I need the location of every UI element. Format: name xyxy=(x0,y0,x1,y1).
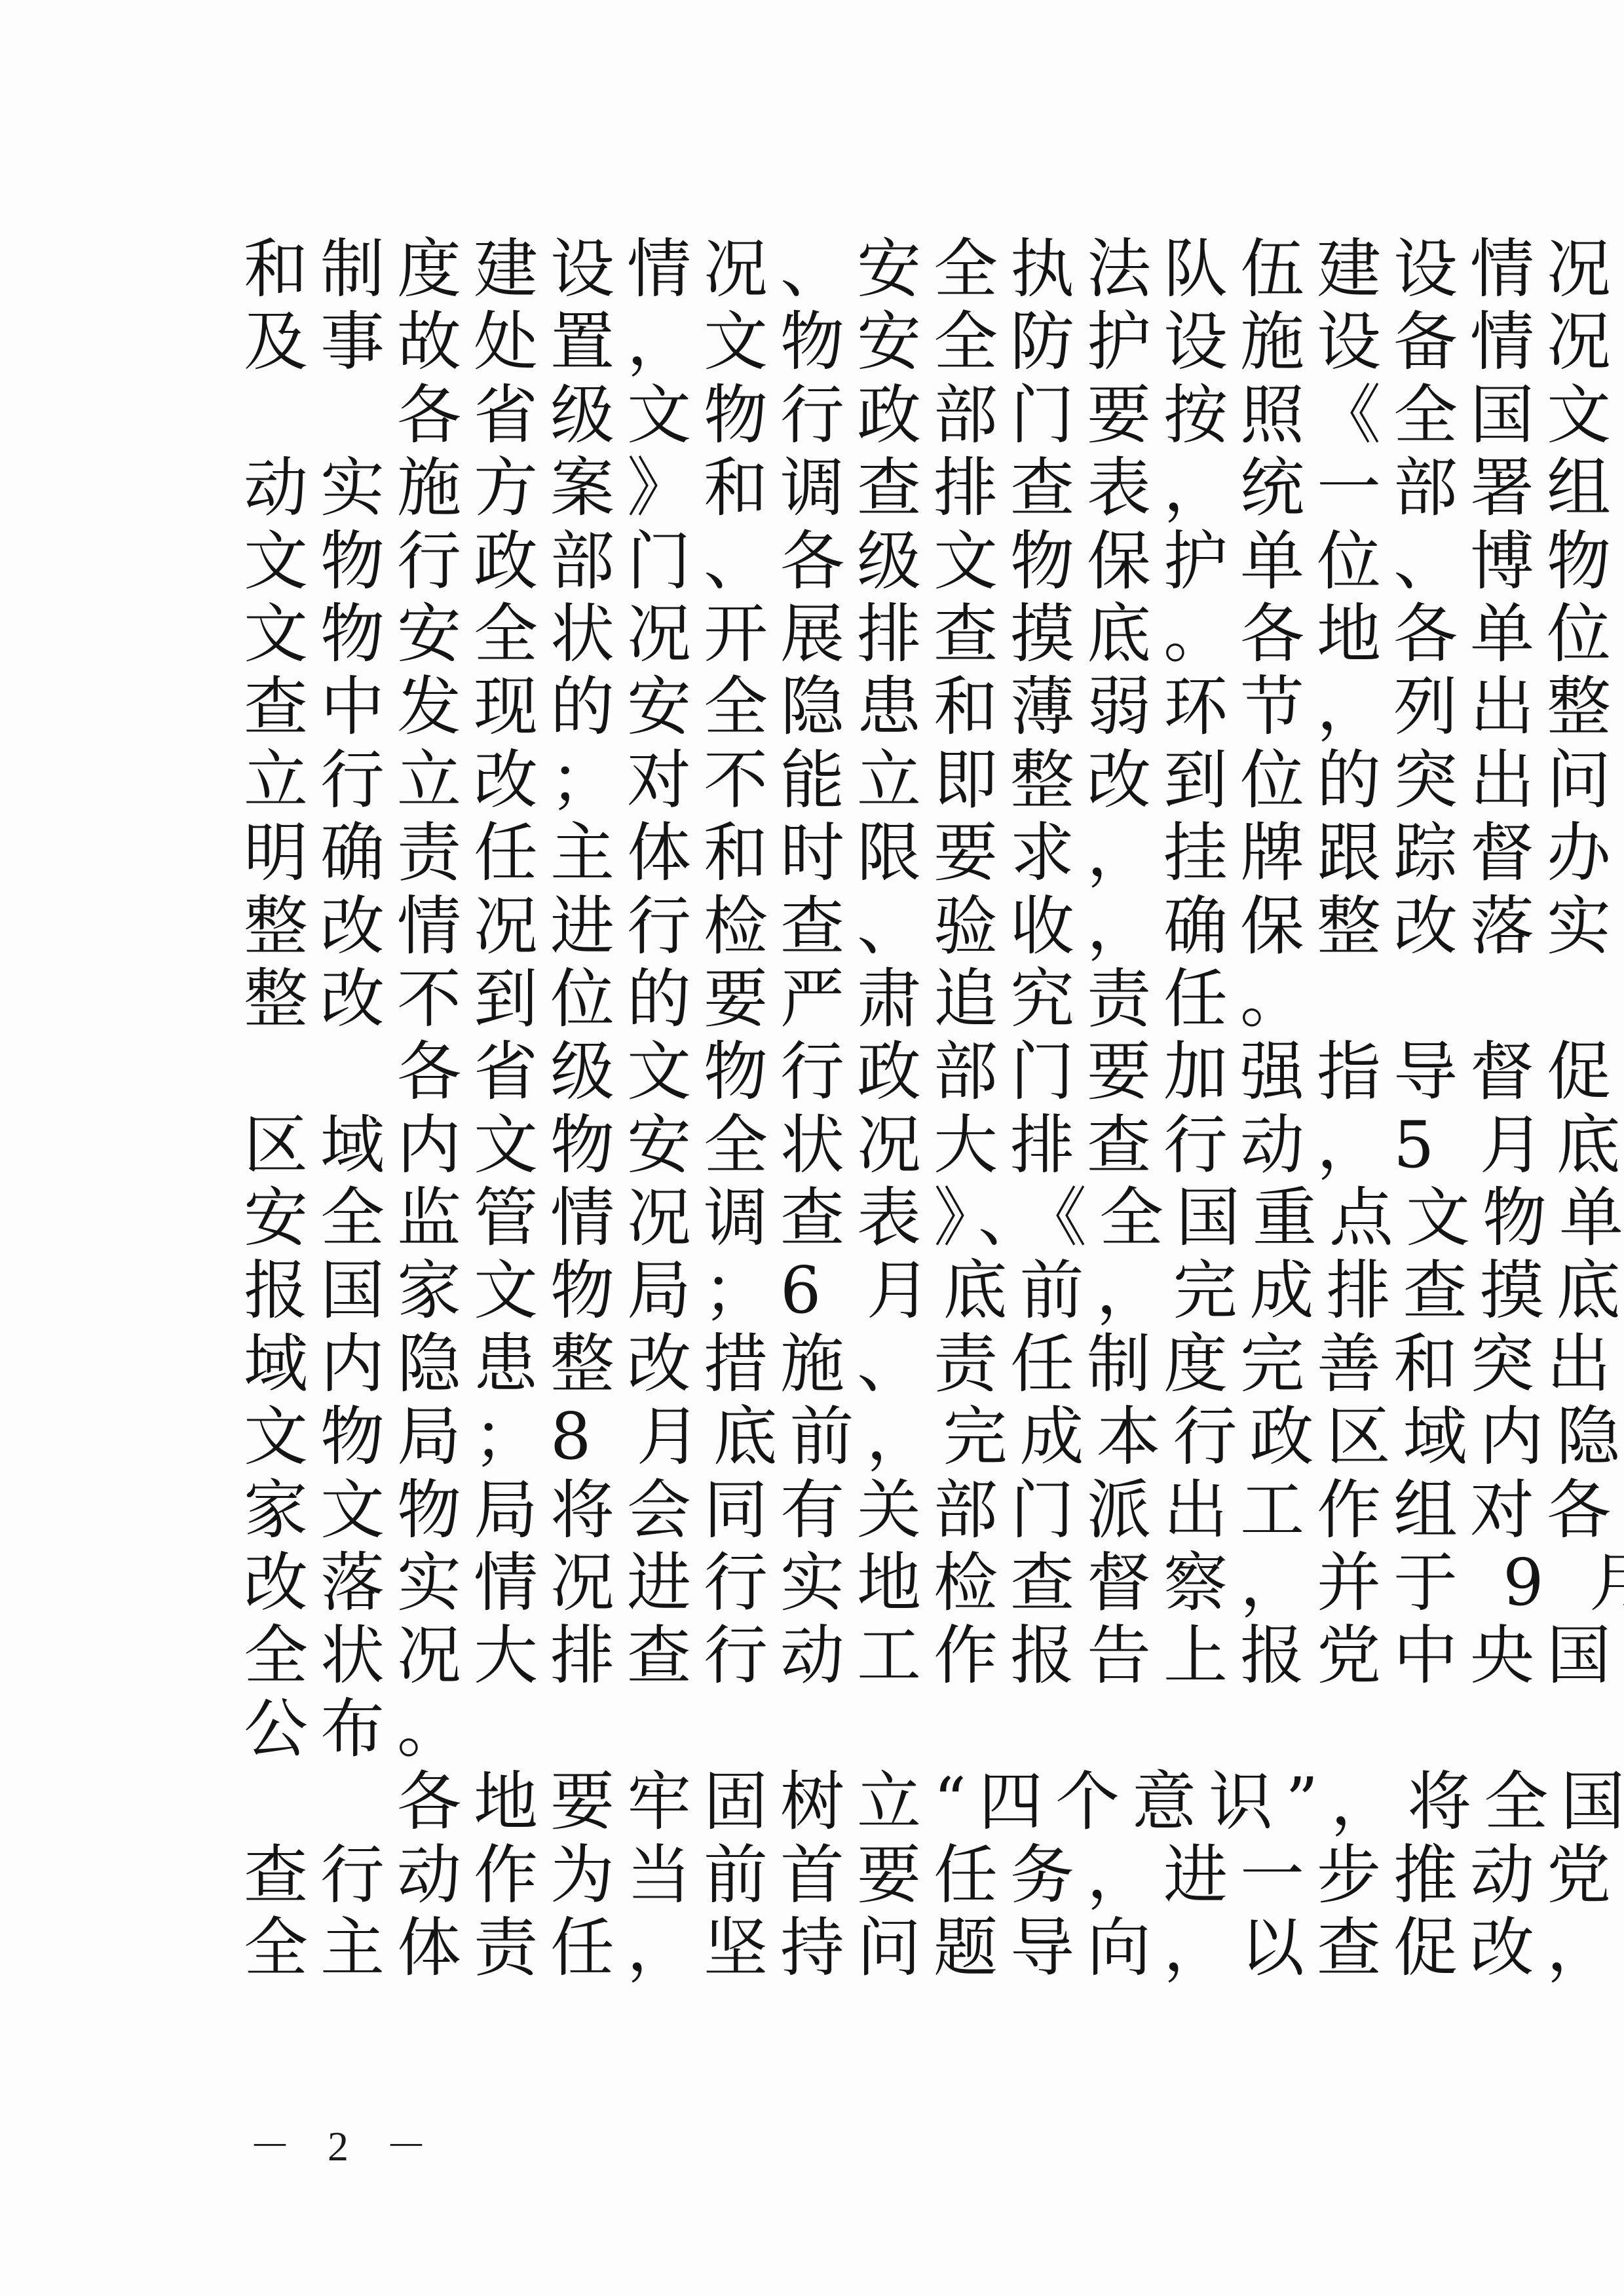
page-number: － 2 － xyxy=(249,2123,440,2170)
text-line: 安全监管情况调查表》、《全国重点文物单位安全状况排查表》 xyxy=(244,1182,1416,1255)
text-line: 整改不到位的要严肃追究责任。 xyxy=(244,963,1416,1036)
body-text: 和制度建设情况、安全执法队伍建设情况；文物安全应急预案 及事故处置，文物安全防护… xyxy=(244,233,1416,1985)
text-line: 查中发现的安全隐患和薄弱环节，列出整改措施和责任清单， xyxy=(244,671,1416,744)
paragraph-4: 各地要牢固树立“四个意识”，将全国文物安全状况大排 查行动作为当前首要任务，进一… xyxy=(244,1766,1416,1985)
paragraph-3: 各省级文物行政部门要加强指导督促和检查验收本行政 区域内文物安全状况大排查行动，… xyxy=(244,1036,1416,1766)
text-line: 域内隐患整改措施、责任制度完善和突出问题整改方案报国家 xyxy=(244,1328,1416,1401)
text-line: 全状况大排查行动工作报告上报党中央国务院，并适时向社会 xyxy=(244,1620,1416,1693)
text-line: 动实施方案》和调查排查表，统一部署组织本行政区域内各级 xyxy=(244,452,1416,525)
text-line: 改落实情况进行实地检查督察，并于 9 月底前形成全国文物安 xyxy=(244,1547,1416,1620)
text-line: 区域内文物安全状况大排查行动，5 月底前，将《省市县文物 xyxy=(244,1109,1416,1182)
text-line: 立行立改；对不能立即整改到位的突出问题，要制定整改方案， xyxy=(244,744,1416,817)
text-line: 各省级文物行政部门要按照《全国文物安全状况大排查行 xyxy=(244,379,1416,452)
text-line: 公布。 xyxy=(244,1693,1416,1766)
text-line: 全主体责任，坚持问题导向，以查促改，严格整改，务求实效， xyxy=(244,1912,1416,1985)
text-line: 及事故处置，文物安全防护设施设备情况。 xyxy=(244,306,1416,379)
text-line: 文物局；8 月底前，完成本行政区域内隐患整改落实工作。国 xyxy=(244,1401,1416,1474)
text-line: 查行动作为当前首要任务，进一步推动党委、政府落实文物安 xyxy=(244,1839,1416,1912)
paragraph-1: 和制度建设情况、安全执法队伍建设情况；文物安全应急预案 及事故处置，文物安全防护… xyxy=(244,233,1416,379)
text-line: 报国家文物局；6 月底前，完成排查摸底工作，并将本行政区 xyxy=(244,1255,1416,1328)
text-line: 文物行政部门、各级文物保护单位、博物馆及文物收藏单位对 xyxy=(244,526,1416,598)
text-line: 整改情况进行检查、验收，确保整改落实到位，对落实不力、 xyxy=(244,890,1416,963)
text-line: 和制度建设情况、安全执法队伍建设情况；文物安全应急预案 xyxy=(244,233,1416,306)
text-line: 文物安全状况开展排查摸底。各地各单位要认真研究梳理在排 xyxy=(244,598,1416,671)
paragraph-2: 各省级文物行政部门要按照《全国文物安全状况大排查行 动实施方案》和调查排查表，统… xyxy=(244,379,1416,1037)
text-line: 各省级文物行政部门要加强指导督促和检查验收本行政 xyxy=(244,1036,1416,1109)
text-line: 明确责任主体和时限要求，挂牌跟踪督办。各地要及时组织对 xyxy=(244,817,1416,890)
text-line: 家文物局将会同有关部门派出工作组对各地开展排查摸底、整 xyxy=(244,1474,1416,1547)
text-line: 各地要牢固树立“四个意识”，将全国文物安全状况大排 xyxy=(244,1766,1416,1839)
document-page: 和制度建设情况、安全执法队伍建设情况；文物安全应急预案 及事故处置，文物安全防护… xyxy=(0,0,1624,2296)
